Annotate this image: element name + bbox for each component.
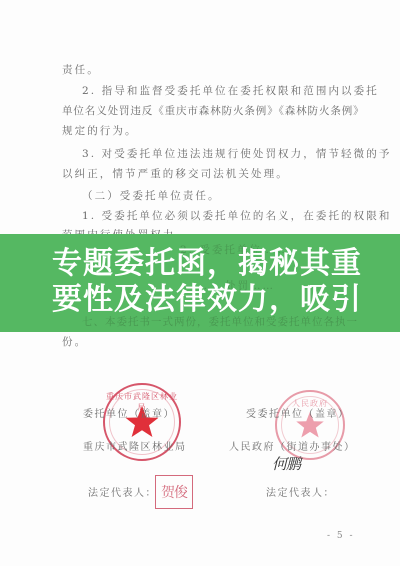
doc-line: 份。 (62, 335, 87, 349)
doc-line: 责任。 (62, 63, 100, 77)
entrusting-org-name: 重庆市武隆区林业局 (83, 438, 187, 453)
doc-line: 2. 指导和监督受委托单位在委托权限和范围内以委托 (82, 84, 379, 98)
doc-line: 单位名义处罚违反《重庆市森林防火条例》《森林防火条例》 (62, 104, 365, 118)
handwritten-signature: 何鹏 (272, 453, 300, 474)
entrusted-org-name: 人民政府（街道办事处） (229, 438, 356, 453)
doc-line: 3. 对受委托单位违法违规行使处罚权力，情节轻微的予 (82, 147, 391, 161)
section-heading: （二）受委托单位责任。 (82, 189, 221, 203)
name-stamp: 贺俊 (155, 475, 193, 509)
banner-title-line-2: 要性及法律效力，吸引 (52, 282, 362, 318)
legal-rep-label-left: 法定代表人： (88, 484, 157, 499)
entrusting-party-label: 委托单位（盖章） (83, 405, 175, 420)
doc-line: 以纠正，情节严重的移交司法机关处理。 (62, 167, 289, 181)
page-number: - 5 - (327, 531, 355, 541)
entrusted-party-label: 受委托单位（盖章） (246, 405, 350, 420)
banner-title-line-1: 专题委托函，揭秘其重 (52, 246, 362, 282)
document-page: 责任。 2. 指导和监督受委托单位在委托权限和范围内以委托 单位名义处罚违反《重… (0, 0, 400, 566)
legal-rep-label-right: 法定代表人： (266, 484, 335, 499)
doc-line: 规定的行为。 (62, 124, 138, 138)
doc-line: 1. 受委托单位必须以委托单位的名义，在委托的权限和 (82, 209, 391, 223)
title-banner: 2. 受委托单位…… ……处罚…… 七、本委托书一式两份，委托单位和受委托单位各… (0, 234, 400, 332)
